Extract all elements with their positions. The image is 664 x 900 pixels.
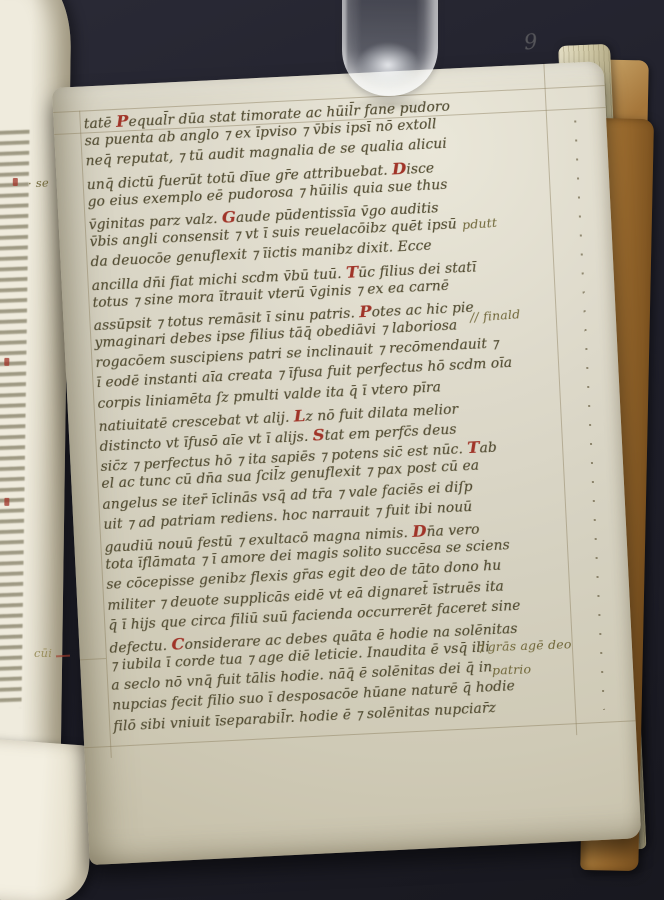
rubric-initial: P: [116, 111, 129, 131]
facing-page-text: [0, 127, 30, 708]
margin-note-patrio: patrio: [492, 661, 532, 677]
line-text: n̄a vero: [426, 522, 480, 541]
line-text: ab: [479, 440, 497, 457]
manuscript-page: tatē Pequal̄r dūa stat timorate ac hūil̄…: [52, 61, 641, 865]
margin-note-pdutt: pdutt: [462, 215, 498, 232]
rubric-mark: [4, 498, 9, 506]
rubric-initial: C: [171, 634, 185, 654]
transparent-book-strap: [342, 0, 438, 96]
rubric-initial: T: [345, 262, 358, 282]
rubric-mark: [4, 358, 9, 366]
folio-number: 9: [523, 29, 538, 54]
manuscript-photo: tatē Pequal̄r dūa stat timorate ac hūil̄…: [0, 0, 664, 900]
strap-shadow: [348, 96, 434, 112]
gutter-note: · se: [28, 176, 49, 191]
rubric-initial: D: [392, 158, 407, 178]
line-text: isce: [406, 160, 435, 177]
margin-dash: [56, 655, 70, 658]
rubric-initial: G: [221, 207, 236, 227]
line-text: defectu.: [109, 638, 172, 657]
strap-highlight: [356, 42, 420, 88]
rubric-initial: D: [412, 521, 427, 541]
rubric-initial: L: [293, 406, 305, 426]
ruling-line-margin: [80, 658, 106, 660]
rubric-mark: [13, 178, 18, 186]
line-text: tatē: [83, 115, 116, 133]
facing-page-bottom-edge: [0, 738, 97, 900]
margin-note-cui: cūi: [34, 646, 52, 660]
